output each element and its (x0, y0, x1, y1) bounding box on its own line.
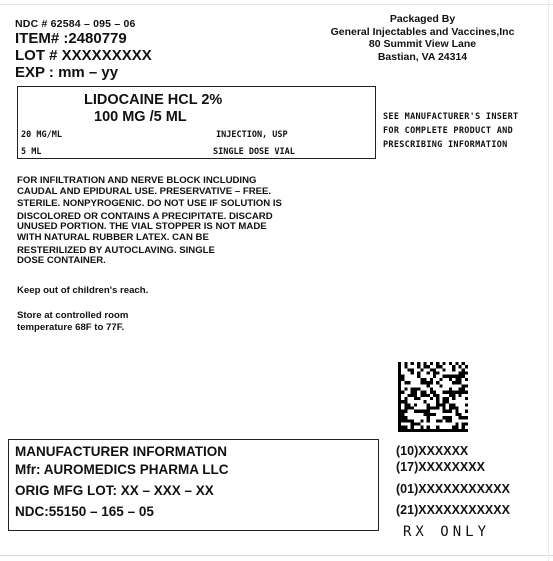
product-concentration: 20 MG/ML (21, 130, 62, 140)
storage-line: Store at controlled room (17, 310, 128, 322)
storage-line: temperature 68F to 77F. (17, 322, 128, 334)
lot-number: LOT # XXXXXXXXX (15, 47, 152, 64)
repackager-ndc: NDC # 62584 – 095 – 06 (15, 18, 136, 30)
insert-notice: SEE MANUFACTURER'S INSERT FOR COMPLETE P… (383, 110, 518, 152)
description-line: WITH NATURAL RUBBER LATEX. CAN BE (17, 233, 282, 244)
insert-notice-line: PRESCRIBING INFORMATION (383, 138, 518, 152)
expiration-date: EXP : mm – yy (15, 64, 118, 81)
usage-description: FOR INFILTRATION AND NERVE BLOCK INCLUDI… (17, 176, 282, 267)
description-line: STERILE. NONPYROGENIC. DO NOT USE IF SOL… (17, 199, 282, 210)
description-line: CAUDAL AND EPIDURAL USE. PRESERVATIVE – … (17, 187, 282, 198)
manufacturer-name: Mfr: AUROMEDICS PHARMA LLC (15, 462, 228, 477)
packager-block: Packaged By General Injectables and Vacc… (310, 13, 535, 63)
item-number: ITEM# :2480779 (15, 30, 127, 47)
product-box: LIDOCAINE HCL 2% 100 MG /5 ML 20 MG/ML I… (17, 86, 376, 159)
keep-out-warning: Keep out of children's reach. (17, 285, 148, 296)
gs1-code-batch: (10)XXXXXX (396, 444, 468, 458)
packager-street: 80 Summit View Lane (310, 38, 535, 51)
label-edge-bottom (0, 555, 553, 556)
original-mfg-lot: ORIG MFG LOT: XX – XXX – XX (15, 483, 214, 498)
drug-label: NDC # 62584 – 095 – 06 ITEM# :2480779 LO… (0, 0, 553, 561)
insert-notice-line: SEE MANUFACTURER'S INSERT (383, 110, 518, 124)
insert-notice-line: FOR COMPLETE PRODUCT AND (383, 124, 518, 138)
product-name: LIDOCAINE HCL 2% (84, 92, 222, 108)
label-edge-top (0, 4, 553, 5)
description-line: FOR INFILTRATION AND NERVE BLOCK INCLUDI… (17, 176, 282, 187)
gs1-code-expiry: (17)XXXXXXXX (396, 460, 485, 474)
gs1-code-serial: (21)XXXXXXXXXXX (396, 503, 510, 517)
gs1-code-gtin: (01)XXXXXXXXXXX (396, 482, 510, 496)
description-line: DOSE CONTAINER. (17, 256, 282, 267)
product-strength: 100 MG /5 ML (94, 109, 187, 125)
packager-city: Bastian, VA 24314 (310, 51, 535, 64)
product-route: INJECTION, USP (216, 130, 288, 140)
packager-company: General Injectables and Vaccines,Inc (310, 26, 535, 39)
datamatrix-icon (398, 362, 468, 432)
packager-title: Packaged By (310, 13, 535, 26)
manufacturer-ndc: NDC:55150 – 165 – 05 (15, 504, 154, 519)
manufacturer-title: MANUFACTURER INFORMATION (15, 444, 227, 459)
product-volume: 5 ML (21, 147, 41, 157)
manufacturer-box: MANUFACTURER INFORMATION Mfr: AUROMEDICS… (8, 439, 379, 531)
product-container: SINGLE DOSE VIAL (213, 147, 295, 157)
storage-instructions: Store at controlled room temperature 68F… (17, 310, 128, 333)
rx-only-label: RX ONLY (403, 524, 490, 540)
label-edge-right (548, 0, 549, 561)
